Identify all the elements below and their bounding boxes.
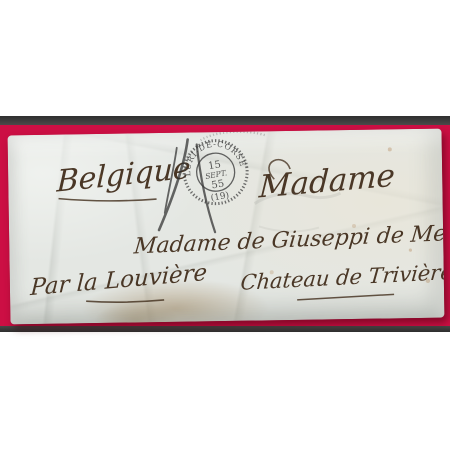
destination-underline: [297, 294, 394, 300]
cds-department: (19): [210, 190, 230, 204]
manuscript-destination: Chateau de Trivières: [240, 258, 445, 294]
route-underline: [86, 300, 164, 303]
photo-bottom-edge-bar: [0, 326, 450, 332]
photo-top-edge-bar: [0, 116, 450, 125]
manuscript-country: Belgique: [55, 151, 191, 200]
ghost-strike-arc: [201, 131, 266, 140]
manuscript-addressee: Madame de Giuseppi de Meria: [132, 219, 445, 259]
manuscript-destination-line: Chateau de Trivières: [239, 258, 444, 300]
cds-year: 55: [211, 178, 225, 191]
photo-of-postal-cover: Belgique Madame Madame de Giuseppi de Me…: [0, 0, 450, 450]
manuscript-route-line: Par la Louvière: [28, 260, 208, 304]
foxing-spot: [388, 147, 392, 151]
manuscript-route: Par la Louvière: [29, 260, 208, 301]
foxing-spot: [409, 248, 412, 251]
circular-datestamp: LURI-DE-CORSE 15 SEPT. 55 (19): [178, 134, 253, 208]
envelope-markings: Belgique Madame Madame de Giuseppi de Me…: [8, 129, 445, 325]
envelope: Belgique Madame Madame de Giuseppi de Me…: [8, 129, 445, 325]
